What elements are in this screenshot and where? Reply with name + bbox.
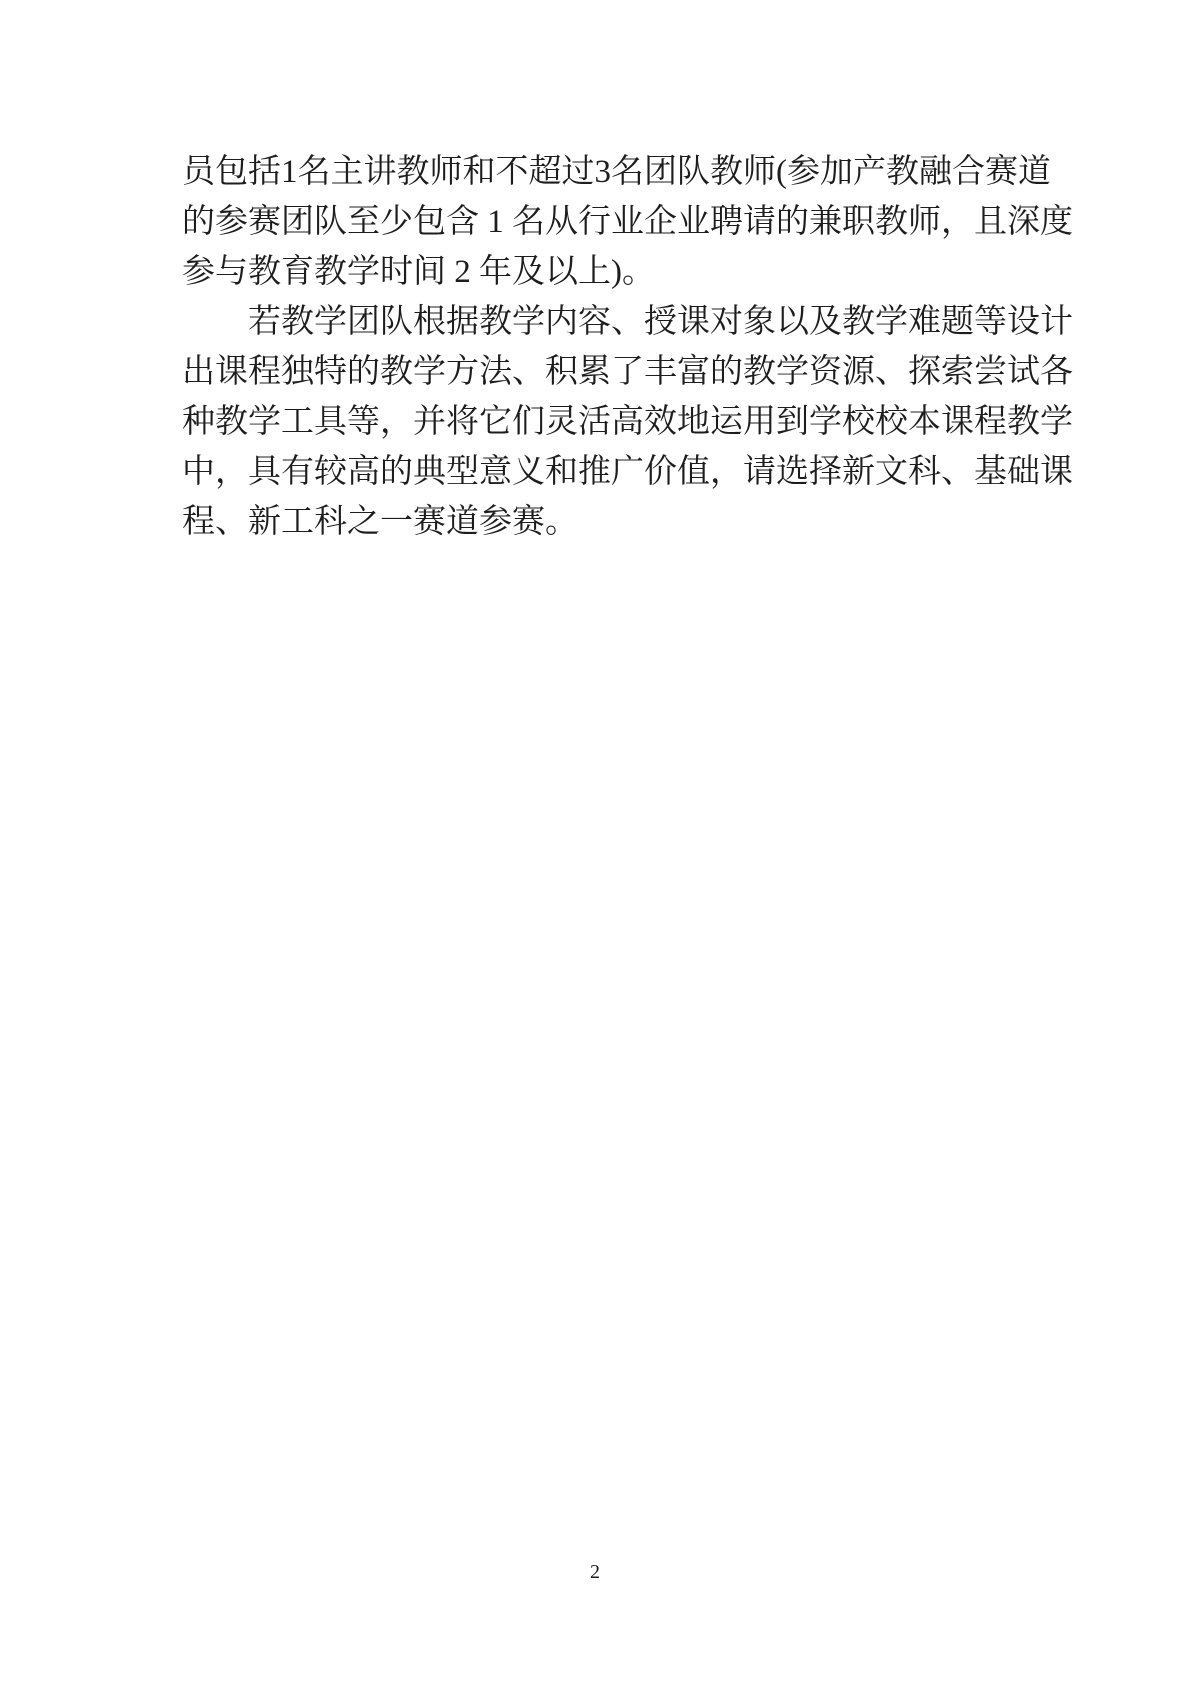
paragraph-second: 若教学团队根据教学内容、授课对象以及教学难题等设计 出课程独特的教学方法、积累了… [182,297,1043,547]
page-number: 2 [0,1560,1190,1584]
text-line: 出课程独特的教学方法、积累了丰富的教学资源、探索尝试各 [182,347,1043,397]
text-line: 程、新工科之一赛道参赛。 [182,497,1043,547]
text-line: 种教学工具等，并将它们灵活高效地运用到学校校本课程教学 [182,397,1043,447]
text-line: 员包括1名主讲教师和不超过3名团队教师(参加产教融合赛道 [182,147,1043,197]
document-page: 员包括1名主讲教师和不超过3名团队教师(参加产教融合赛道 的参赛团队至少包含 1… [0,0,1190,1684]
paragraph-continuation: 员包括1名主讲教师和不超过3名团队教师(参加产教融合赛道 的参赛团队至少包含 1… [182,147,1043,297]
document-body: 员包括1名主讲教师和不超过3名团队教师(参加产教融合赛道 的参赛团队至少包含 1… [182,147,1043,547]
text-line: 若教学团队根据教学内容、授课对象以及教学难题等设计 [182,297,1043,347]
text-line: 参与教育教学时间 2 年及以上)。 [182,247,1043,297]
text-line: 中，具有较高的典型意义和推广价值，请选择新文科、基础课 [182,447,1043,497]
text-line: 的参赛团队至少包含 1 名从行业企业聘请的兼职教师，且深度 [182,197,1043,247]
